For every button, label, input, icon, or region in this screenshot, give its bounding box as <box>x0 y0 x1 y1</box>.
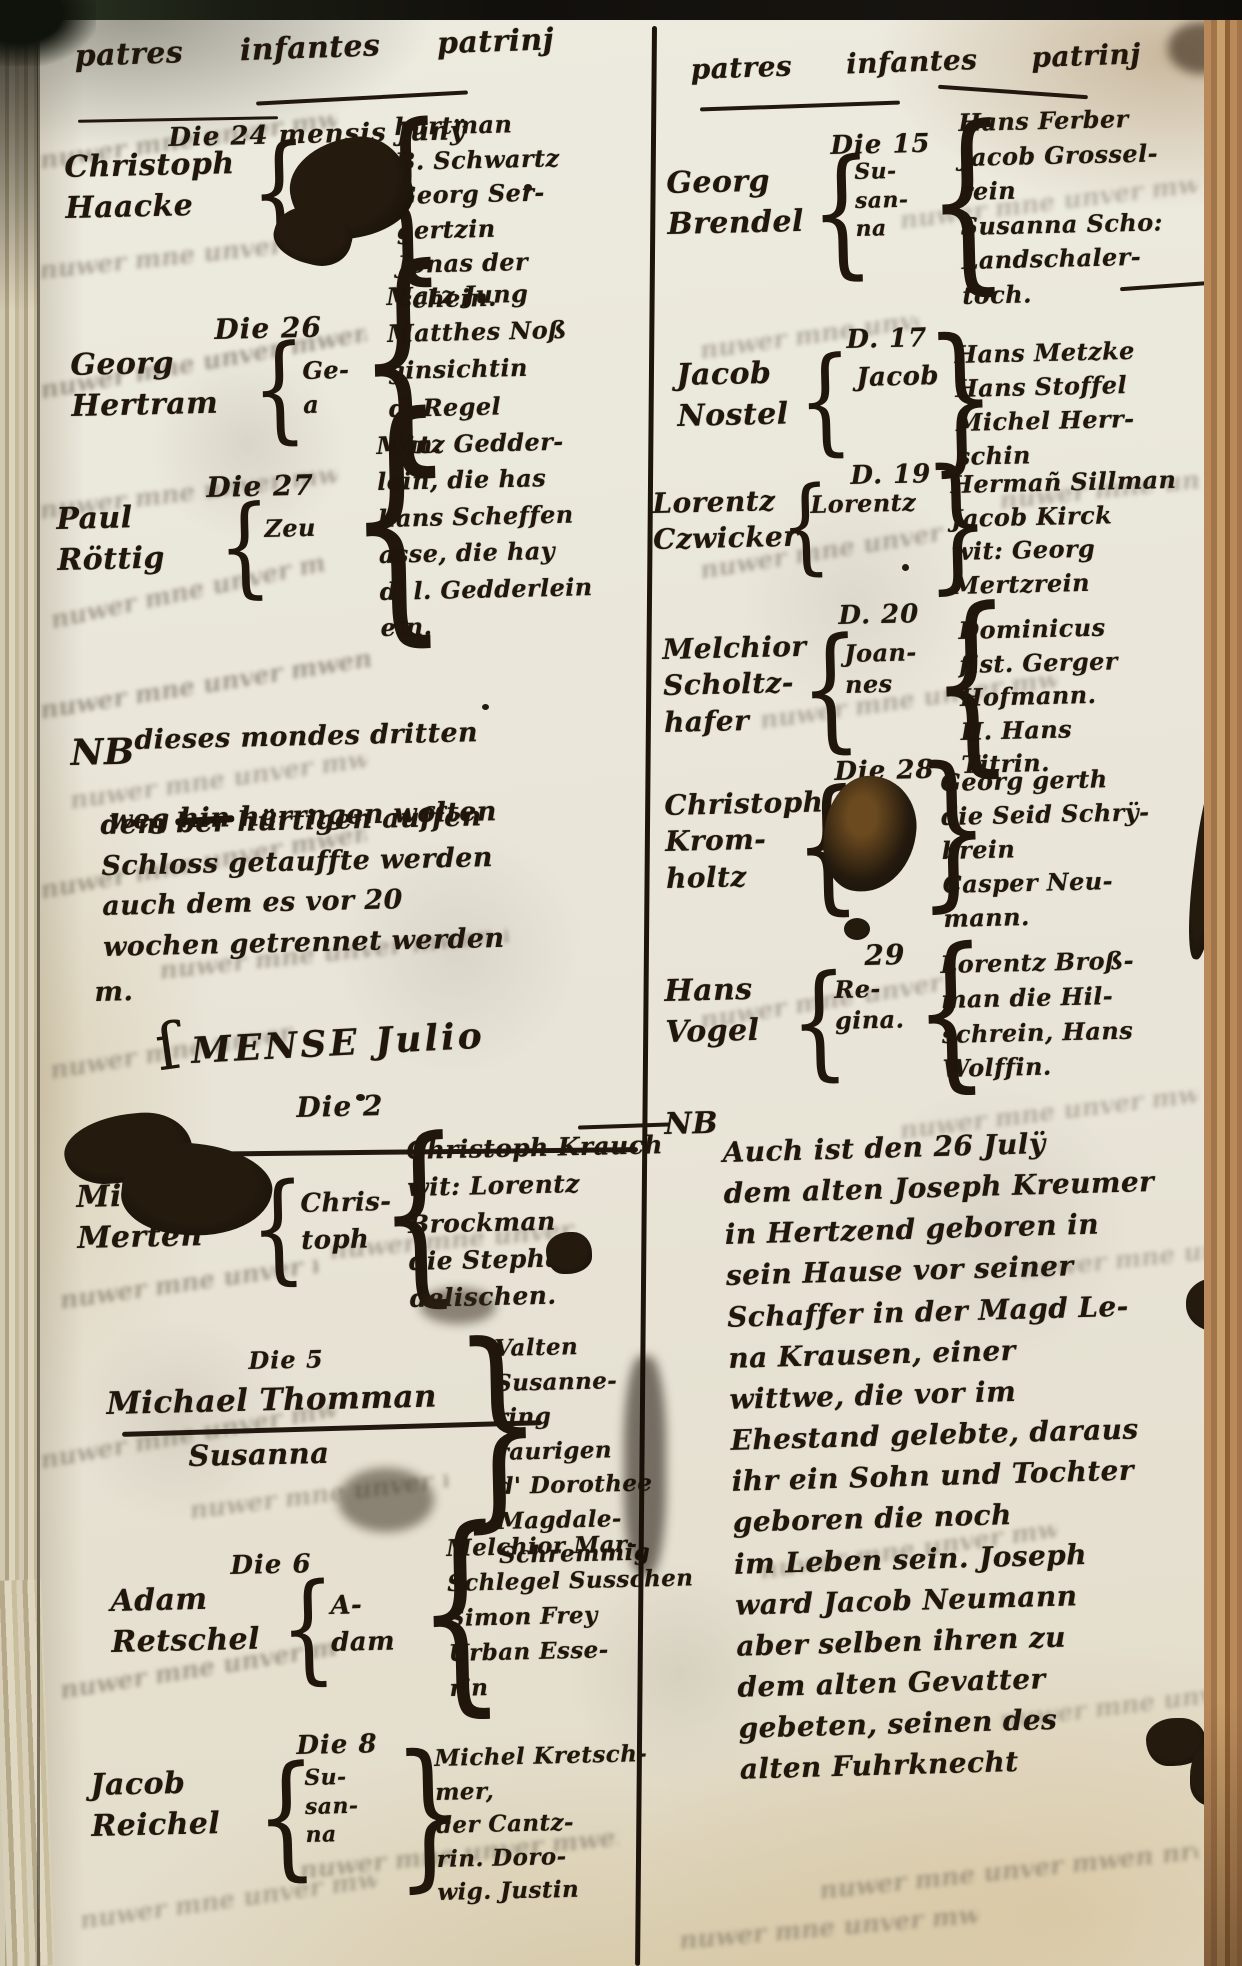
entry-father: Melchior Scholtz- hafer <box>662 629 809 741</box>
bleed-through-line: nuwer mne unver mwen nre unm ewr nuv emn… <box>38 643 379 726</box>
entry-father: Georg Brendel <box>666 161 804 245</box>
entry-child: A- dam <box>330 1587 395 1662</box>
ink-smudge <box>338 1468 434 1532</box>
binding-corner <box>0 0 96 66</box>
left-column-header: patres infantes patrinj <box>74 19 555 78</box>
entry-father: Christoph Haacke <box>64 144 236 229</box>
manuscript-photo: patres infantes patrinj Die 24 mensis Ju… <box>0 0 1242 1966</box>
brace: { <box>278 1567 337 1688</box>
ink-blot <box>844 918 870 940</box>
month-heading: MENSE Julio <box>190 1011 486 1077</box>
brace: { <box>797 342 855 461</box>
entry-father: Adam Retschel <box>110 1579 260 1663</box>
entry-father: Michael Thomman <box>106 1375 437 1427</box>
ink-smudge <box>624 1356 666 1576</box>
flourish-mark: ſ <box>152 1015 184 1082</box>
ink-smudge <box>420 1288 496 1324</box>
note-tail: m. <box>94 973 134 1012</box>
ink-blot <box>1183 771 1204 961</box>
book-binding-top-edge <box>0 0 1242 20</box>
ink-speck <box>356 1094 365 1101</box>
bleed-through-line: nuwer mne unver mwen nre unm ewr nuv emn… <box>678 1900 979 1956</box>
brace: { <box>251 330 309 449</box>
page-fold-line <box>37 14 40 1966</box>
entry-father: Paul Röttig <box>56 498 165 581</box>
entry-date: 29 <box>864 935 906 976</box>
note-line: dieses mondes dritten <box>134 714 478 760</box>
entry-child: Re- gina. <box>834 972 905 1036</box>
entry-father: Jacob Reichel <box>90 1763 221 1847</box>
entry-child: Zeu <box>264 511 316 546</box>
bleed-through-line: nuwer mne unver mwen nre unm ewr nuv emn… <box>818 1836 1199 1906</box>
note-marker: NB <box>664 1103 719 1147</box>
entry-child: Susanna <box>188 1433 330 1477</box>
entry-father: Hans Vogel <box>664 970 760 1053</box>
entry-child: Su- san- na <box>304 1763 359 1850</box>
entry-godparents: Hans Ferber Jacob Grossel- rein Susanna … <box>958 101 1165 313</box>
entry-date: D. 17 <box>846 320 928 359</box>
entry-godparents: Matz Gedder- lein, die has hans Scheffen… <box>376 423 594 647</box>
ink-speck <box>524 184 532 191</box>
bleed-through-line: nuwer mne unver mwen nre unm ewr nuv emn… <box>78 1864 379 1935</box>
right-column-header: patres infantes patrinj <box>690 34 1141 89</box>
entry-godparents: Georg gerth die Seid Schrÿ- brein Casper… <box>940 761 1152 936</box>
ink-blot <box>546 1232 592 1274</box>
month-day: Die 2 <box>296 1086 384 1128</box>
entry-father: Jacob Nostel <box>676 353 789 436</box>
entry-father: Lorentz Czwicker <box>652 483 799 559</box>
note-paragraph: Auch ist den 26 Julÿ dem alten Joseph Kr… <box>722 1117 1204 1790</box>
header-flourish <box>700 101 900 112</box>
entry-godparents: Michel Kretsch- mer, der Cantz- rin. Dor… <box>434 1737 651 1910</box>
ink-smudge <box>1168 22 1204 74</box>
note-paragraph: dem ber hürtigen auffen Schloss getaufft… <box>100 797 505 968</box>
entry-godparents: Lorentz Broß- man die Hil- schrein, Hans… <box>940 944 1137 1088</box>
entry-child: Lorentz <box>810 486 917 522</box>
ink-speck <box>482 704 489 710</box>
entry-child: Joan- nes <box>844 636 918 700</box>
book-cover-edge-shadow <box>1204 1700 1242 1966</box>
register-page: patres infantes patrinj Die 24 mensis Ju… <box>38 16 1204 1966</box>
entry-child: Su- san- na <box>854 157 909 244</box>
book-cover-edge-right <box>1204 0 1242 1966</box>
entry-date: Die 5 <box>248 1342 324 1378</box>
ink-speck <box>902 564 909 571</box>
entry-father: Georg Hertram <box>70 343 219 427</box>
